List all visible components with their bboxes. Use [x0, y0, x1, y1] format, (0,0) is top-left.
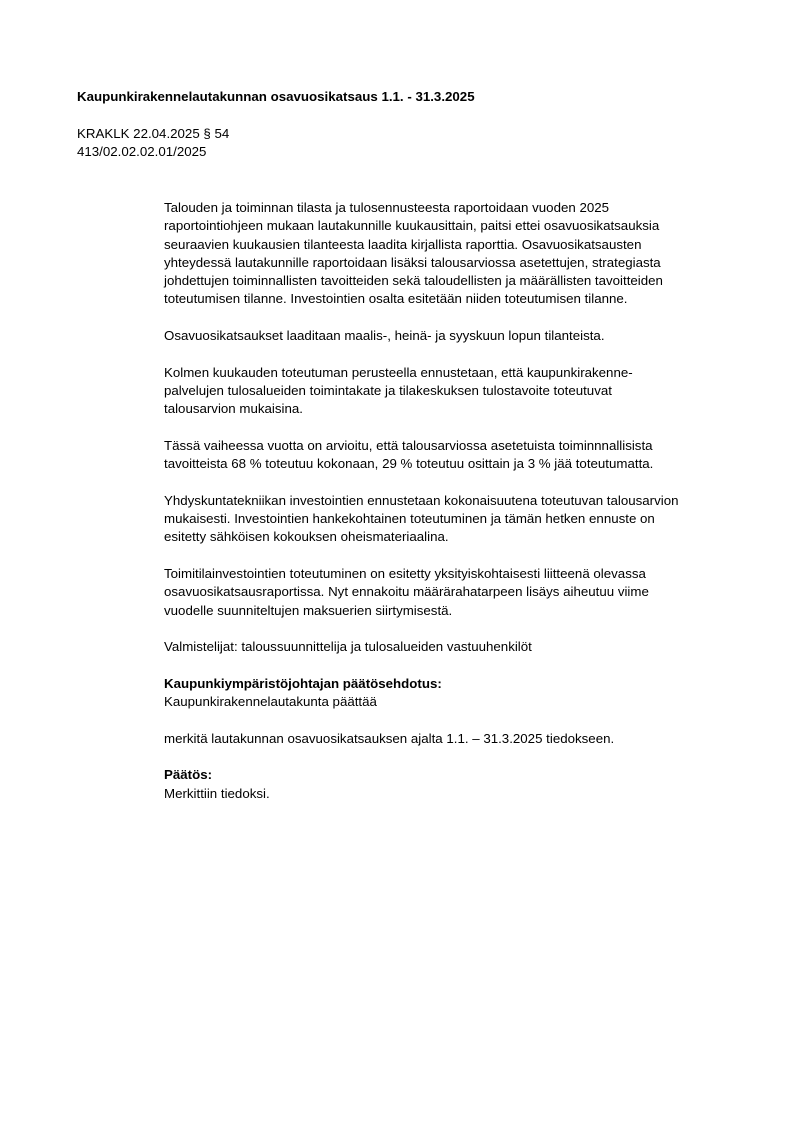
decision-text: Merkittiin tiedoksi. [164, 785, 744, 803]
text-line: johdettujen toiminnallisten tavoitteiden… [164, 272, 744, 290]
diary-number: 413/02.02.02.01/2025 [77, 143, 229, 161]
paragraph-schedule: Osavuosikatsaukset laaditaan maalis-, he… [164, 327, 744, 345]
text-line: raportointiohjeen mukaan lautakunnille k… [164, 217, 744, 235]
text-line: mukaisesti. Investointien hankekohtainen… [164, 510, 744, 528]
text-line: yhteydessä lautakunnille raportoidaan li… [164, 254, 744, 272]
proposal-heading: Kaupunkiympäristöjohtajan päätösehdotus: [164, 675, 744, 693]
decision-section: Päätös: Merkittiin tiedoksi. [164, 766, 744, 803]
document-body: Talouden ja toiminnan tilasta ja tulosen… [164, 199, 744, 821]
paragraph-reporting: Talouden ja toiminnan tilasta ja tulosen… [164, 199, 744, 309]
text-line: osavuosikatsausraportissa. Nyt ennakoitu… [164, 583, 744, 601]
text-line: esitetty sähköisen kokouksen oheismateri… [164, 528, 744, 546]
text-line: seuraavien kuukausien tilanteesta laadit… [164, 236, 744, 254]
paragraph-infrastructure-investments: Yhdyskuntatekniikan investointien ennust… [164, 492, 744, 547]
document-page: Kaupunkirakennelautakunnan osavuosikatsa… [0, 0, 794, 1122]
decision-heading: Päätös: [164, 766, 744, 784]
proposal-text-block: merkitä lautakunnan osavuosikatsauksen a… [164, 730, 744, 748]
text-line: Talouden ja toiminnan tilasta ja tulosen… [164, 199, 744, 217]
text-line: palvelujen tulosalueiden toimintakate ja… [164, 382, 744, 400]
document-meta: KRAKLK 22.04.2025 § 54 413/02.02.02.01/2… [77, 125, 229, 161]
proposal-section: Kaupunkiympäristöjohtajan päätösehdotus:… [164, 675, 744, 712]
text-line: Yhdyskuntatekniikan investointien ennust… [164, 492, 744, 510]
text-line: tavoitteista 68 % toteutuu kokonaan, 29 … [164, 455, 744, 473]
paragraph-goals: Tässä vaiheessa vuotta on arvioitu, että… [164, 437, 744, 474]
paragraph-facility-investments: Toimitilainvestointien toteutuminen on e… [164, 565, 744, 620]
text-line: Valmistelijat: taloussuunnittelija ja tu… [164, 638, 744, 656]
text-line: Toimitilainvestointien toteutuminen on e… [164, 565, 744, 583]
paragraph-preparers: Valmistelijat: taloussuunnittelija ja tu… [164, 638, 744, 656]
text-line: Kolmen kuukauden toteutuman perusteella … [164, 364, 744, 382]
proposal-intro: Kaupunkirakennelautakunta päättää [164, 693, 744, 711]
text-line: talousarvion mukaisina. [164, 400, 744, 418]
text-line: vuodelle suunniteltujen maksuerien siirt… [164, 602, 744, 620]
text-line: toteutumisen tilanne. Investointien osal… [164, 290, 744, 308]
document-title: Kaupunkirakennelautakunnan osavuosikatsa… [77, 88, 475, 106]
paragraph-forecast: Kolmen kuukauden toteutuman perusteella … [164, 364, 744, 419]
meeting-reference: KRAKLK 22.04.2025 § 54 [77, 125, 229, 143]
text-line: Osavuosikatsaukset laaditaan maalis-, he… [164, 327, 744, 345]
text-line: Tässä vaiheessa vuotta on arvioitu, että… [164, 437, 744, 455]
proposal-text: merkitä lautakunnan osavuosikatsauksen a… [164, 730, 744, 748]
